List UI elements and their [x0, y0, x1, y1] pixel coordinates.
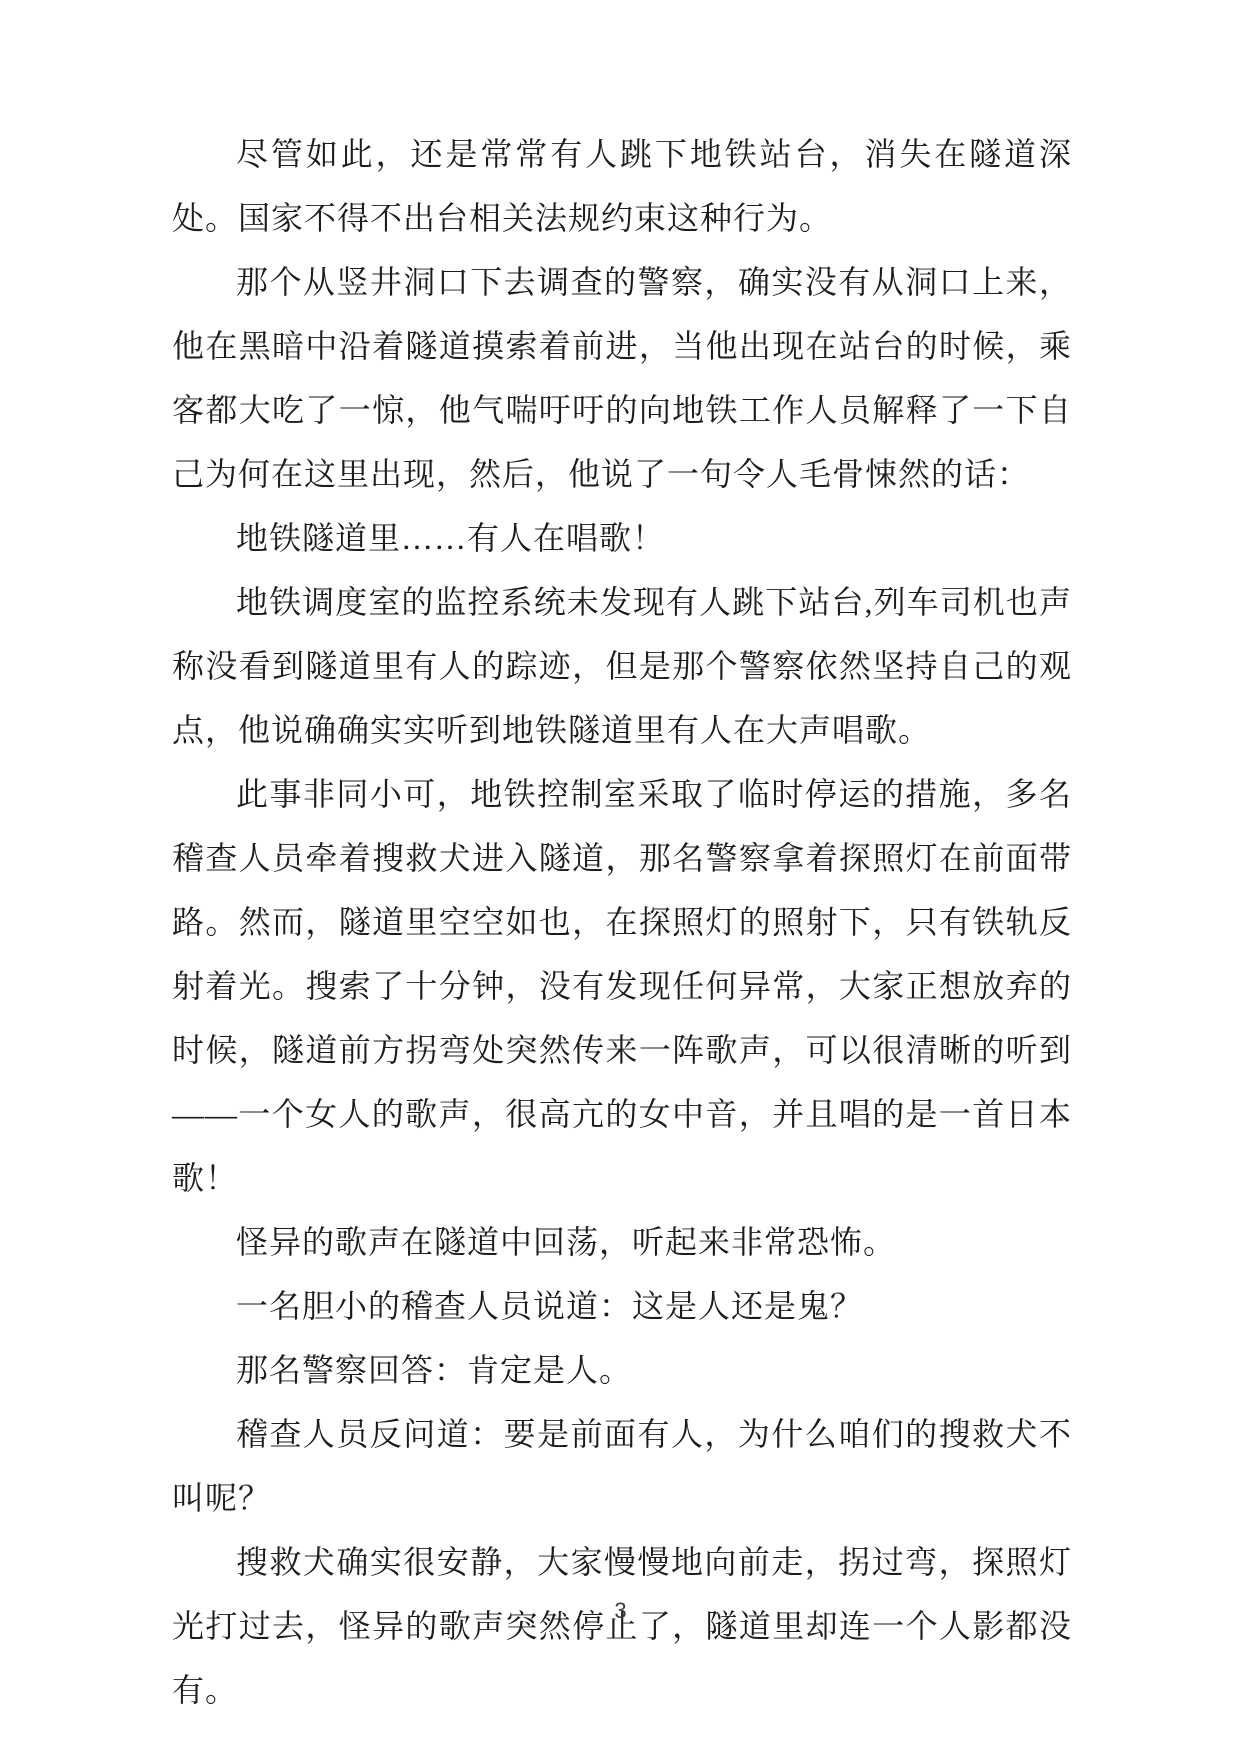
paragraph: 一名胆小的稽查人员说道：这是人还是鬼？	[172, 1274, 1072, 1338]
page-footer: 3	[0, 1598, 1241, 1624]
paragraph: 尽管如此，还是常常有人跳下地铁站台，消失在隧道深处。国家不得不出台相关法规约束这…	[172, 122, 1072, 250]
page-number: 3	[614, 1598, 626, 1624]
paragraph: 地铁调度室的监控系统未发现有人跳下站台,列车司机也声称没看到隧道里有人的踪迹，但…	[172, 570, 1072, 762]
paragraph: 此事非同小可，地铁控制室采取了临时停运的措施，多名稽查人员牵着搜救犬进入隧道，那…	[172, 762, 1072, 1210]
paragraph: 地铁隧道里……有人在唱歌！	[172, 506, 1072, 570]
paragraph: 那名警察回答：肯定是人。	[172, 1338, 1072, 1402]
document-page: 尽管如此，还是常常有人跳下地铁站台，消失在隧道深处。国家不得不出台相关法规约束这…	[0, 0, 1241, 1754]
paragraph: 搜救犬确实很安静，大家慢慢地向前走，拐过弯，探照灯光打过去，怪异的歌声突然停止了…	[172, 1530, 1072, 1722]
paragraph: 那个从竖井洞口下去调查的警察，确实没有从洞口上来，他在黑暗中沿着隧道摸索着前进，…	[172, 250, 1072, 506]
paragraph: 怪异的歌声在隧道中回荡，听起来非常恐怖。	[172, 1210, 1072, 1274]
page-body: 尽管如此，还是常常有人跳下地铁站台，消失在隧道深处。国家不得不出台相关法规约束这…	[172, 122, 1072, 1722]
paragraph: 稽查人员反问道：要是前面有人，为什么咱们的搜救犬不叫呢？	[172, 1402, 1072, 1530]
